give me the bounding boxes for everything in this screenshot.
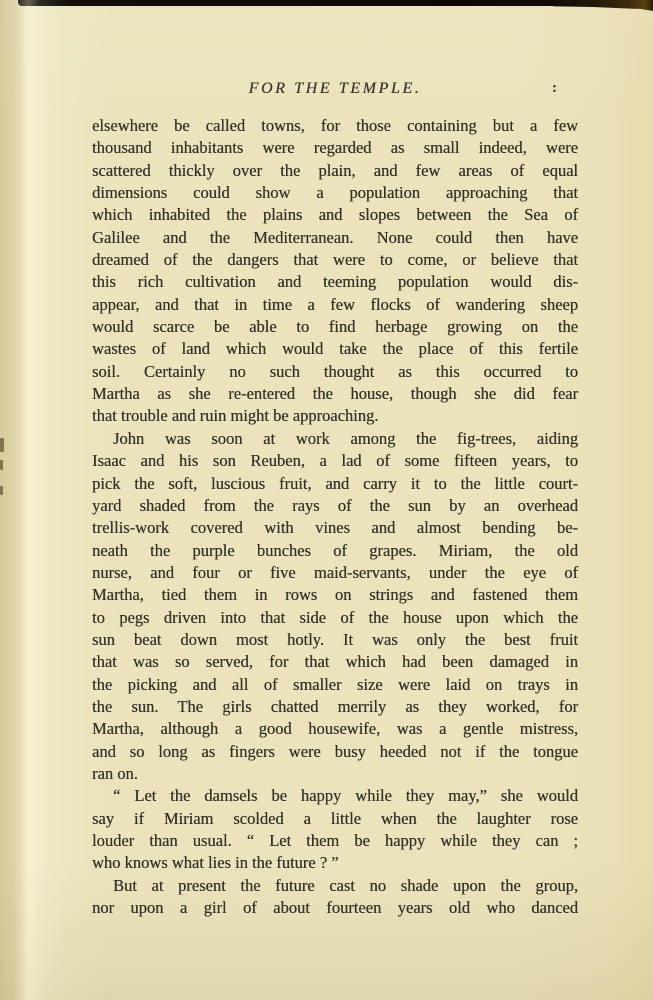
scanned-book-page: FOR THE TEMPLE. : elsewhere be called to… — [0, 0, 653, 1000]
running-header: FOR THE TEMPLE. — [92, 80, 578, 98]
page-body: elsewhere be called towns, for those con… — [92, 115, 578, 919]
text-line: Galilee and the Mediterranean. None coul… — [92, 227, 578, 249]
text-line: appear, and that in time a few flocks of… — [92, 294, 578, 316]
text-line: nurse, and four or five maid-servants, u… — [92, 562, 578, 584]
text-line: dimensions could show a population appro… — [92, 182, 578, 204]
text-line: say if Miriam scolded a little when the … — [92, 808, 578, 830]
text-line: Isaac and his son Reuben, a lad of some … — [92, 450, 578, 472]
text-line: “ Let the damsels be happy while they ma… — [92, 785, 578, 807]
page-gutter-crease — [0, 0, 70, 1000]
text-line: to pegs driven into that side of the hou… — [92, 607, 578, 629]
text-line: dreamed of the dangers that were to come… — [92, 249, 578, 271]
left-edge-speck — [0, 438, 4, 452]
text-line: would scarce be able to find herbage gro… — [92, 316, 578, 338]
left-edge-speck — [0, 460, 3, 470]
text-line: wastes of land which would take the plac… — [92, 338, 578, 360]
text-line: But at present the future cast no shade … — [92, 875, 578, 897]
text-line: nor upon a girl of about fourteen years … — [92, 897, 578, 919]
text-line: Martha, tied them in rows on strings and… — [92, 584, 578, 606]
text-line: pick the soft, luscious fruit, and carry… — [92, 473, 578, 495]
text-line: louder than usual. “ Let them be happy w… — [92, 830, 578, 852]
scan-top-right-corner-shadow — [553, 0, 653, 11]
text-line: which inhabited the plains and slopes be… — [92, 204, 578, 226]
text-line: and so long as fingers were busy heeded … — [92, 741, 578, 763]
text-line: ran on. — [92, 763, 578, 785]
text-line: who knows what lies in the future ? ” — [92, 852, 578, 874]
text-line: elsewhere be called towns, for those con… — [92, 115, 578, 137]
text-line: the sun. The girls chatted merrily as th… — [92, 696, 578, 718]
text-line: thousand inhabitants were regarded as sm… — [92, 137, 578, 159]
text-line: neath the purple bunches of grapes. Miri… — [92, 540, 578, 562]
text-line: yard shaded from the rays of the sun by … — [92, 495, 578, 517]
text-line: Martha as she re-entered the house, thou… — [92, 383, 578, 405]
left-edge-speck — [0, 486, 3, 495]
text-line: Martha, although a good housewife, was a… — [92, 718, 578, 740]
text-line: that was so served, for that which had b… — [92, 651, 578, 673]
text-line: that trouble and ruin might be approachi… — [92, 405, 578, 427]
text-line: trellis-work covered with vines and almo… — [92, 517, 578, 539]
text-line: John was soon at work among the fig-tree… — [92, 428, 578, 450]
text-line: this rich cultivation and teeming popula… — [92, 271, 578, 293]
text-line: sun beat down most hotly. It was only th… — [92, 629, 578, 651]
text-line: soil. Certainly no such thought as this … — [92, 361, 578, 383]
page-number-fragment: : — [552, 80, 557, 97]
text-line: scattered thickly over the plain, and fe… — [92, 160, 578, 182]
text-line: the picking and all of smaller size were… — [92, 674, 578, 696]
